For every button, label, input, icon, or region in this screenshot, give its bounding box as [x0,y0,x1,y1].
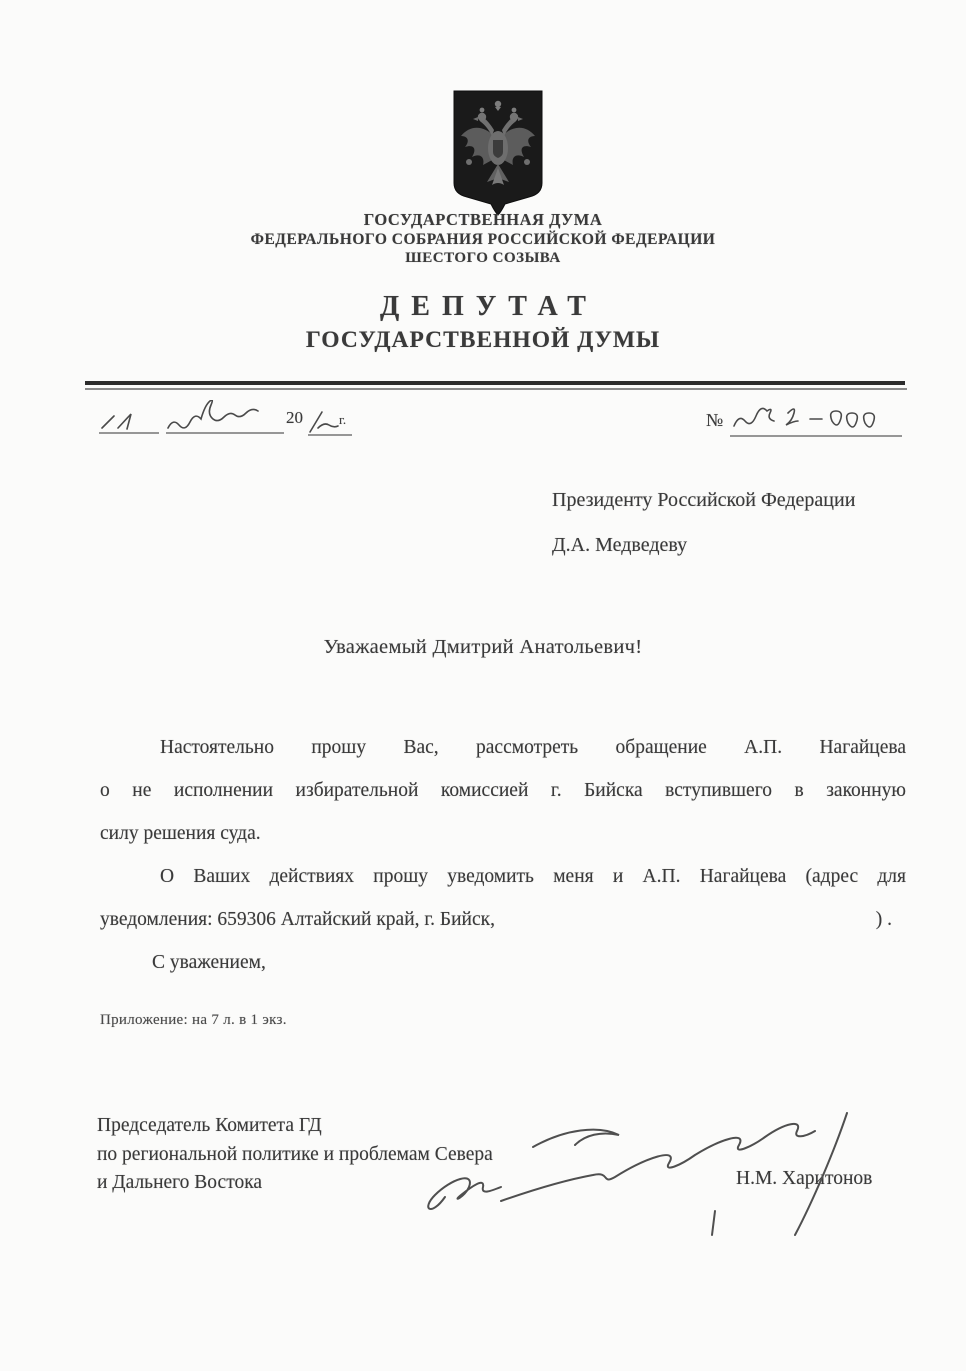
body-paragraph1-line3: силу решения суда. [100,812,906,855]
letterhead-title-duma: ГОСУДАРСТВЕННОЙ ДУМЫ [0,327,966,354]
number-label: № [706,410,723,431]
letter-body: Настоятельно прошу Вас, рассмотреть обра… [100,726,906,984]
addressee-name: Д.А. Медведеву [552,523,932,568]
salutation: Уважаемый Дмитрий Анатольевич! [0,636,966,659]
body-paragraph1-line2: о не исполнении избирательной комиссией … [100,769,906,812]
attachment-note: Приложение: на 7 л. в 1 экз. [100,1012,287,1029]
addressee-title: Президенту Российской Федерации [552,478,932,523]
body-paragraph2-line1: О Ваших действиях прошу уведомить меня и… [100,855,906,898]
letterhead-divider-thick [85,381,905,385]
org-name-line1: ГОСУДАРСТВЕННАЯ ДУМА [0,210,966,230]
redacted-address-gap [495,898,876,941]
body-paragraph2-close-paren: ) . [876,898,892,941]
closing-phrase: С уважением, [152,941,906,984]
handwritten-signature [415,1085,935,1255]
addressee-block: Президенту Российской Федерации Д.А. Мед… [552,478,932,568]
handwritten-number-field: № [706,402,916,446]
org-name-line3: ШЕСТОГО СОЗЫВА [0,249,966,269]
date-year-prefix: 20 [286,408,303,428]
letterhead-divider-thin [85,388,907,390]
handwritten-date-field: 20 г. [96,400,356,444]
body-paragraph1-line1: Настоятельно прошу Вас, рассмотреть обра… [100,726,906,769]
letterhead-title-deputy: ДЕПУТАТ [0,291,966,323]
org-name-line2: ФЕДЕРАЛЬНОГО СОБРАНИЯ РОССИЙСКОЙ ФЕДЕРАЦ… [0,230,966,250]
date-year-suffix: г. [339,412,346,428]
body-paragraph2-line2: уведомления: 659306 Алтайский край, г. Б… [100,898,906,941]
letterhead-org-block: ГОСУДАРСТВЕННАЯ ДУМА ФЕДЕРАЛЬНОГО СОБРАН… [0,210,966,269]
russian-coat-of-arms-icon [449,88,547,220]
body-paragraph2-line2-text: уведомления: 659306 Алтайский край, г. Б… [100,898,495,941]
scanned-letter-page: ГОСУДАРСТВЕННАЯ ДУМА ФЕДЕРАЛЬНОГО СОБРАН… [0,0,966,1371]
